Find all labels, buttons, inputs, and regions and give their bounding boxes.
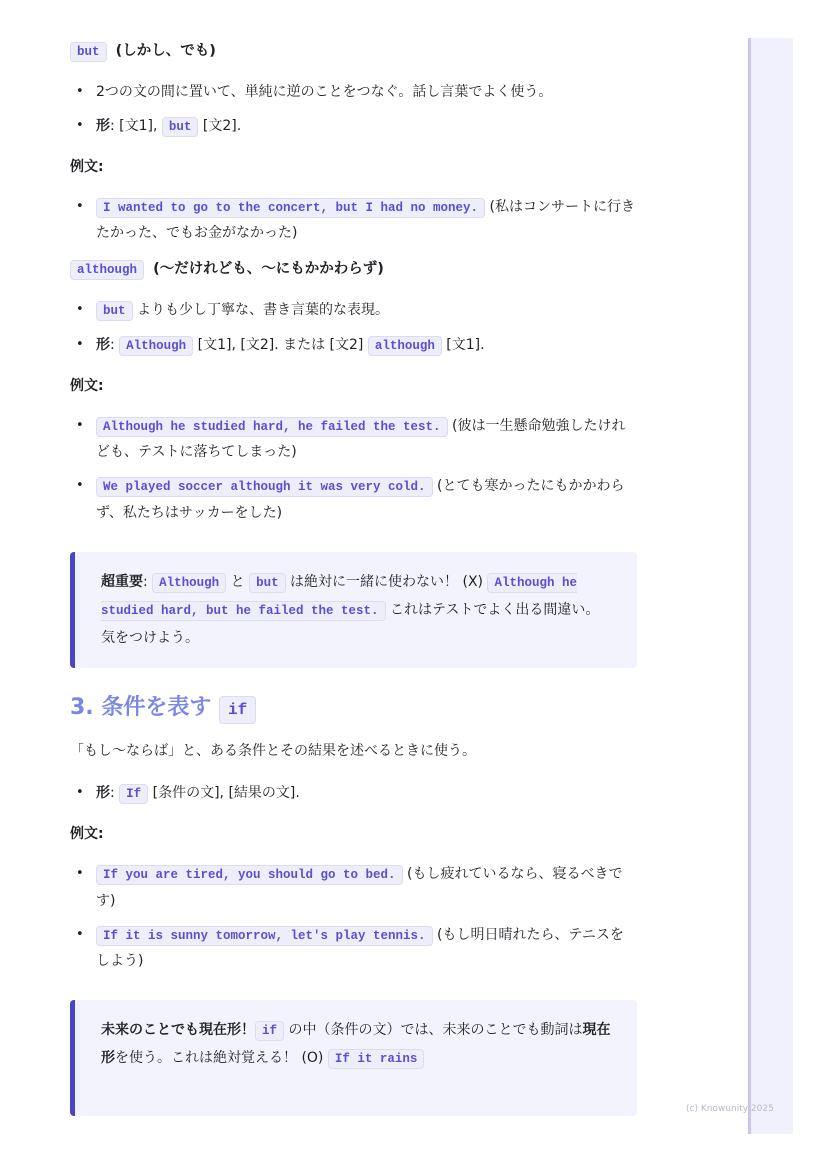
bullet-list: 2つの文の間に置いて、単純に逆のことをつなぐ。話し言葉でよく使う。 形: [文1… xyxy=(70,79,636,140)
code-chip: I wanted to go to the concert, but I had… xyxy=(96,198,485,218)
example-label: 例文: xyxy=(70,156,636,176)
list-item: 形: If [条件の文], [結果の文]. xyxy=(70,780,636,807)
intro-paragraph: 「もし〜ならば」と、ある条件とその結果を述べるときに使う。 xyxy=(70,738,636,764)
list-item: 2つの文の間に置いて、単純に逆のことをつなぐ。話し言葉でよく使う。 xyxy=(70,79,636,105)
code-chip: if xyxy=(219,696,256,724)
bullet-text: 2つの文の間に置いて、単純に逆のことをつなぐ。話し言葉でよく使う。 xyxy=(96,84,552,100)
code-chip: but xyxy=(70,42,107,62)
example-list: If you are tired, you should go to bed. … xyxy=(70,861,636,975)
code-chip: although xyxy=(70,260,144,280)
code-chip: Although xyxy=(152,573,226,593)
important-callout: 超重要: Although と but は絶対に一緒に使わない！ (X) Alt… xyxy=(70,552,637,668)
list-item: but よりも少し丁寧な、書き言葉的な表現。 xyxy=(70,297,636,324)
term-heading-although: although (〜だけれども、〜にもかかわらず) xyxy=(70,256,636,283)
example-label: 例文: xyxy=(70,823,636,843)
bullet-list: but よりも少し丁寧な、書き言葉的な表現。 形: Although [文1],… xyxy=(70,297,636,359)
bullet-text: : [文1], xyxy=(110,118,162,134)
bullet-text: [文1]. xyxy=(442,337,485,353)
list-item: Although he studied hard, he failed the … xyxy=(70,413,636,466)
callout-strong: 未来のことでも現在形！ xyxy=(101,1022,255,1038)
callout-text: と xyxy=(226,574,249,590)
code-chip: If you are tired, you should go to bed. xyxy=(96,865,403,885)
code-chip: but xyxy=(249,573,286,593)
bullet-text: [文1], [文2]. または [文2] xyxy=(193,337,368,353)
list-item: 形: Although [文1], [文2]. または [文2] althoug… xyxy=(70,332,636,359)
form-label: 形 xyxy=(96,785,110,801)
document-content: but (しかし、でも) 2つの文の間に置いて、単純に逆のことをつなぐ。話し言葉… xyxy=(70,38,636,1138)
code-chip: Although he studied hard, he failed the … xyxy=(96,417,448,437)
term-meaning: (〜だけれども、〜にもかかわらず) xyxy=(153,261,384,277)
code-chip: but xyxy=(96,301,133,321)
form-label: 形 xyxy=(96,118,110,134)
form-label: 形 xyxy=(96,337,110,353)
side-panel xyxy=(748,38,793,1134)
bullet-text: : xyxy=(110,337,119,353)
code-chip: if xyxy=(255,1021,284,1041)
code-chip: although xyxy=(368,336,442,356)
example-list: Although he studied hard, he failed the … xyxy=(70,413,636,527)
list-item: If you are tired, you should go to bed. … xyxy=(70,861,636,914)
code-chip: If it rains xyxy=(328,1049,425,1069)
example-list: I wanted to go to the concert, but I had… xyxy=(70,194,636,247)
code-chip: but xyxy=(162,117,199,137)
section-title-text: 3. 条件を表す xyxy=(70,695,219,720)
example-label: 例文: xyxy=(70,375,636,395)
code-chip: If xyxy=(119,784,148,804)
callout-strong: 超重要 xyxy=(101,574,143,590)
callout-text: の中（条件の文）では、未来のことでも動詞は xyxy=(284,1022,582,1038)
callout-text: を使う。これは絶対覚える！ (O) xyxy=(115,1050,328,1066)
list-item: 形: [文1], but [文2]. xyxy=(70,113,636,140)
bullet-text: [文2]. xyxy=(198,118,241,134)
term-heading-but: but (しかし、でも) xyxy=(70,38,636,65)
code-chip: Although xyxy=(119,336,193,356)
term-meaning: (しかし、でも) xyxy=(116,43,216,59)
tip-callout: 未来のことでも現在形！if の中（条件の文）では、未来のことでも動詞は現在形を使… xyxy=(70,1000,637,1116)
list-item: We played soccer although it was very co… xyxy=(70,473,636,526)
bullet-text: : xyxy=(110,785,119,801)
copyright-footer: (c) Knowunity 2025 xyxy=(686,1104,774,1114)
section-title-if: 3. 条件を表す if xyxy=(70,690,636,726)
callout-text: : xyxy=(143,574,152,590)
callout-text: は絶対に一緒に使わない！ (X) xyxy=(286,574,488,590)
list-item: If it is sunny tomorrow, let's play tenn… xyxy=(70,922,636,975)
bullet-text: [条件の文], [結果の文]. xyxy=(148,785,300,801)
code-chip: We played soccer although it was very co… xyxy=(96,477,433,497)
bullet-text: よりも少し丁寧な、書き言葉的な表現。 xyxy=(133,302,389,318)
list-item: I wanted to go to the concert, but I had… xyxy=(70,194,636,247)
code-chip: If it is sunny tomorrow, let's play tenn… xyxy=(96,926,433,946)
bullet-list: 形: If [条件の文], [結果の文]. xyxy=(70,780,636,807)
